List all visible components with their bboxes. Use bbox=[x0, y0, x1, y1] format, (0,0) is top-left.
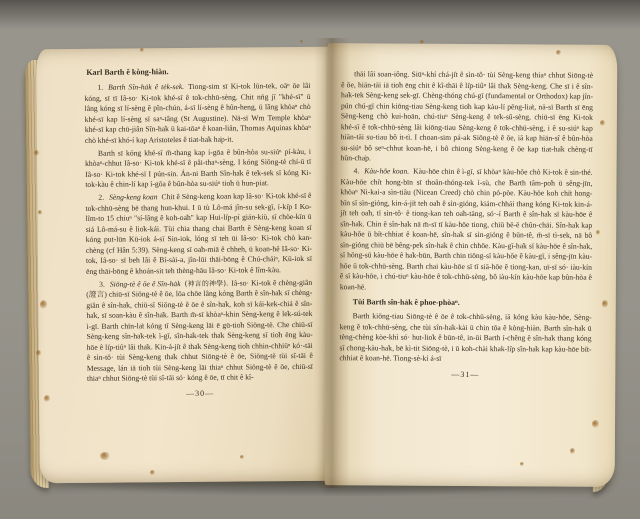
left-page: Karl Barth ê kòng-hiàn. 1.Barth Sîn-ha̍k… bbox=[36, 47, 336, 484]
item-title: Barth Sîn-ha̍k ê te̍k-sek. bbox=[108, 82, 188, 92]
paragraph-2: 4.Kàu-hōe koan.Kàu-hōe chin ê ì-gī, sī k… bbox=[340, 166, 593, 294]
section-heading: Tùi Barth sîn-ha̍k ê phoe-phòaⁿ. bbox=[353, 296, 592, 308]
item-title: Siōng-tè ê ōe ê Sîn-ha̍k bbox=[110, 279, 185, 289]
page-number-left: —30— bbox=[87, 387, 313, 399]
page-number-right: —31— bbox=[339, 369, 591, 381]
item-title: Kàu-hōe koan. bbox=[364, 166, 413, 175]
paragraph-text: thāi lâi soan-iông. Siūⁿ-khí chá-ji̍t ê … bbox=[341, 69, 594, 162]
item-title: Sèng-keng koan bbox=[109, 192, 161, 201]
right-page: thāi lâi soan-iông. Siūⁿ-khí chá-ji̍t ê … bbox=[325, 43, 618, 487]
paragraph-text: Kàu-hōe chin ê ì-gī, sī khòaⁿ kàu-hōe ch… bbox=[340, 167, 593, 291]
chinese-gloss: (神言的神學). bbox=[185, 279, 232, 287]
photo-of-open-book: Karl Barth ê kòng-hiàn. 1.Barth Sîn-ha̍k… bbox=[0, 0, 640, 519]
paragraph-1: thāi lâi soan-iông. Siūⁿ-khí chá-ji̍t ê … bbox=[341, 69, 594, 165]
chapter-heading: Karl Barth ê kòng-hiàn. bbox=[86, 65, 310, 78]
paragraph-text: Barth kiōng-tiau Siōng-tè ê ōe ê to̍k-ch… bbox=[339, 311, 591, 363]
paragraph-3: 2.Sèng-keng koanChit ê Sèng-keng koan ka… bbox=[85, 191, 312, 277]
paragraph-3: Barth kiōng-tiau Siōng-tè ê ōe ê to̍k-ch… bbox=[339, 311, 591, 365]
open-book: Karl Barth ê kòng-hiàn. 1.Barth Sîn-ha̍k… bbox=[26, 34, 612, 490]
paragraph-2: Barth sī kóng khé-sī m̄-thang kap í-gōa … bbox=[85, 146, 311, 190]
paragraph-4: 3.Siōng-tè ê ōe ê Sîn-ha̍k(神言的神學).Iâ-so·… bbox=[86, 277, 313, 384]
item-number: 2. bbox=[98, 193, 109, 202]
item-number: 4. bbox=[354, 166, 365, 175]
item-number: 1. bbox=[97, 83, 108, 92]
paragraph-text: Chit ê Sèng-keng koan kap Iâ-so· Ki-tok … bbox=[85, 191, 312, 275]
paragraph-1: 1.Barth Sîn-ha̍k ê te̍k-sek.Tiong-sim sī… bbox=[84, 81, 311, 146]
paragraph-text: Barth sī kóng khé-sī m̄-thang kap í-gōa … bbox=[85, 146, 311, 188]
paragraph-text: Iâ-so· Ki-tok ê chèng-giân (證言) chiū-sī … bbox=[86, 277, 313, 382]
item-number: 3. bbox=[99, 279, 110, 288]
foxing-spot bbox=[300, 40, 303, 43]
